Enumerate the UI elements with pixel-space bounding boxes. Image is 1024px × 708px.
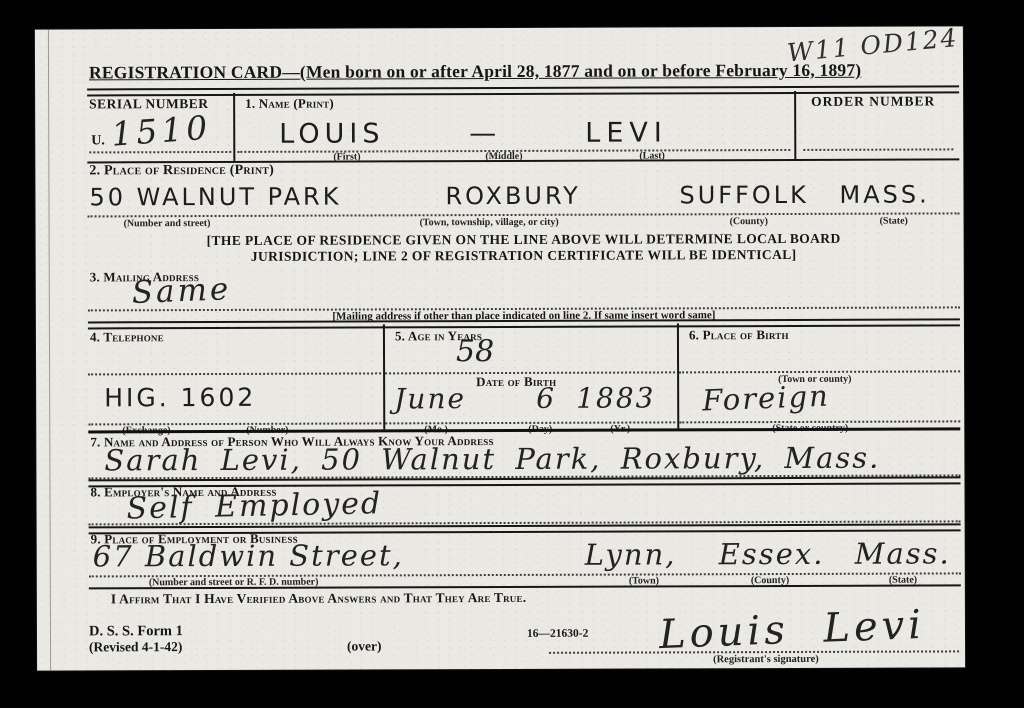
residence-town-handwriting: ROXBURY <box>445 182 580 210</box>
order-number-label: ORDER NUMBER <box>811 93 935 109</box>
employment-state-handwriting: Mass. <box>855 536 951 570</box>
row-contact: 7. Name and Address of Person Who Will A… <box>88 430 960 483</box>
serial-prefix: U. <box>91 133 105 149</box>
affirmation-text: I Affirm That I Have Verified Above Answ… <box>111 590 526 607</box>
telephone-value-handwriting: HIG. 1602 <box>104 383 256 413</box>
card-title: REGISTRATION CARD—(Men born on or after … <box>89 60 861 84</box>
divider <box>677 323 679 428</box>
residence-state-handwriting: MASS. <box>839 180 929 208</box>
serial-writing-line <box>89 151 231 153</box>
age-value-handwriting: 58 <box>456 334 494 369</box>
form-revision: (Revised 4-1-42) <box>89 639 182 655</box>
divider <box>383 324 385 429</box>
row-footer: D. S. S. Form 1 (Revised 4-1-42) (over) … <box>89 612 961 669</box>
name-first-handwriting: LOUIS <box>279 118 384 149</box>
birth-day-handwriting: 6 <box>536 382 554 415</box>
card-content: REGISTRATION CARD—(Men born on or after … <box>87 26 961 670</box>
contact-value-handwriting: Sarah Levi, 50 Walnut Park, Roxbury, Mas… <box>104 441 880 478</box>
residence-county-sublabel: (County) <box>730 216 768 227</box>
row-jurisdiction-note: [THE PLACE OF RESIDENCE GIVEN ON THE LIN… <box>88 228 960 269</box>
registration-card: W11 OD124 REGISTRATION CARD—(Men born on… <box>35 26 965 670</box>
name-last-handwriting: LEVI <box>585 117 668 148</box>
name-label: 1. Name (Print) <box>245 96 334 112</box>
order-writing-line <box>803 148 953 151</box>
card-edge-fold <box>48 30 51 671</box>
row-serial-name-order: SERIAL NUMBER U. 1510 1. Name (Print) LO… <box>87 90 959 161</box>
employment-street-handwriting: 67 Baldwin Street, <box>93 538 404 573</box>
row-employer: 8. Employer's Name and Address Self Empl… <box>88 480 960 531</box>
telephone-label: 4. Telephone <box>90 329 164 345</box>
registrant-signature-handwriting: Louis Levi <box>658 602 926 658</box>
jurisdiction-note-line2: JURISDICTION; LINE 2 OF REGISTRATION CER… <box>88 246 960 265</box>
residence-town-sublabel: (Town, township, village, or city) <box>420 217 559 228</box>
residence-county-handwriting: SUFFOLK <box>679 181 809 209</box>
residence-label: 2. Place of Residence (Print) <box>89 163 274 180</box>
residence-street-handwriting: 50 WALNUT PARK <box>89 183 341 212</box>
mailing-value-handwriting: Same <box>131 271 232 311</box>
divider <box>233 93 235 161</box>
form-number: D. S. S. Form 1 <box>89 623 183 640</box>
employment-county-handwriting: Essex. <box>719 537 825 571</box>
employer-value-handwriting: Self Employed <box>126 486 382 526</box>
employment-town-handwriting: Lynn, <box>585 537 677 571</box>
print-code: 16—21630-2 <box>527 628 588 640</box>
birth-month-handwriting: June <box>394 382 466 415</box>
row-telephone-age-birth: 4. Telephone HIG. 1602 (Exchange) (Numbe… <box>88 322 960 433</box>
birth-year-handwriting: 1883 <box>576 381 655 414</box>
name-middle-handwriting: — <box>469 118 499 149</box>
row-mailing: 3. Mailing Address Same [Mailing address… <box>88 266 960 325</box>
serial-value-handwriting: 1510 <box>110 108 213 154</box>
telephone-upper-line <box>88 372 381 375</box>
row-residence: 2. Place of Residence (Print) 50 WALNUT … <box>87 158 959 231</box>
residence-street-sublabel: (Number and street) <box>124 218 211 229</box>
signature-sublabel: (Registrant's signature) <box>713 654 819 665</box>
residence-state-sublabel: (State) <box>880 216 908 227</box>
birth-place-label: 6. Place of Birth <box>689 327 789 343</box>
divider <box>794 91 796 159</box>
over-note: (over) <box>347 638 382 654</box>
birth-place-value-handwriting: Foreign <box>702 379 831 418</box>
row-employment: 9. Place of Employment or Business 67 Ba… <box>89 528 961 589</box>
